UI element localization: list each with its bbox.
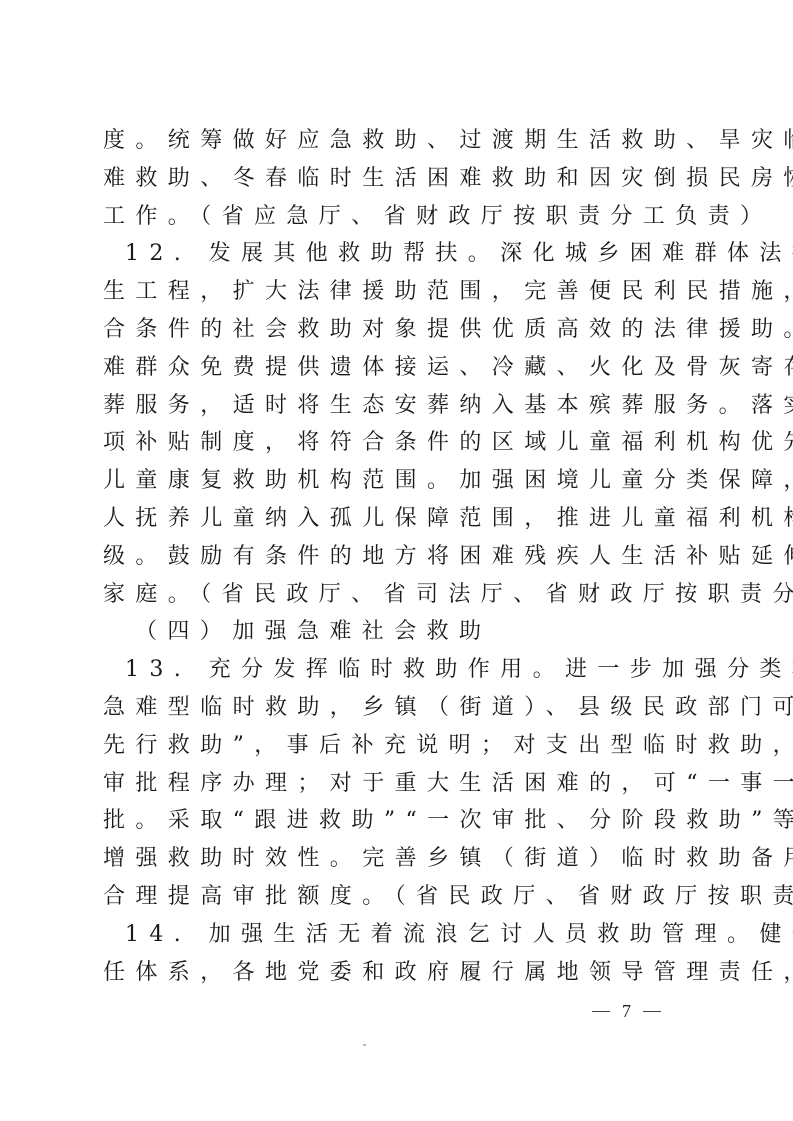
document-page: 度。统筹做好应急救助、过渡期生活救助、旱灾临时生活困 难救助、冬春临时生活困难救… <box>0 0 793 1121</box>
text-line: 家庭。（省民政厅、省司法厅、省财政厅按职责分工负责） <box>103 576 703 614</box>
paragraph-13-start: 13. 充分发挥临时救助作用。进一步加强分类救助。对 <box>103 651 703 689</box>
paragraph-14-start: 14. 加强生活无着流浪乞讨人员救助管理。健全工作责 <box>103 916 703 954</box>
text-line: 批。采取“跟进救助”“一次审批、分阶段救助”等方式， <box>103 802 703 840</box>
text-line: 儿童康复救助机构范围。加强困境儿童分类保障，将事实无 <box>103 462 703 500</box>
page-number-value: 7 <box>622 1001 631 1022</box>
text-line: 人抚养儿童纳入孤儿保障范围，推进儿童福利机构转型升 <box>103 500 703 538</box>
section-heading: （四）加强急难社会救助 <box>103 613 703 651</box>
text-line: 生工程，扩大法律援助范围，完善便民利民措施，依法为符 <box>103 273 703 311</box>
text-line: 先行救助”，事后补充说明；对支出型临时救助，按照审核 <box>103 727 703 765</box>
text-line: 度。统筹做好应急救助、过渡期生活救助、旱灾临时生活困 <box>103 122 703 160</box>
text-line: 审批程序办理；对于重大生活困难的，可“一事一议”审 <box>103 765 703 803</box>
text-line: 项补贴制度，将符合条件的区域儿童福利机构优先纳入残疾 <box>103 424 703 462</box>
text-line: 葬服务，适时将生态安葬纳入基本殡葬服务。落实残疾人两 <box>103 387 703 425</box>
text-line: 增强救助时效性。完善乡镇（街道）临时救助备用金制度， <box>103 840 703 878</box>
dash-left <box>592 1011 610 1012</box>
text-line: 合理提高审批额度。（省民政厅、省财政厅按职责分工负责） <box>103 878 703 916</box>
text-line: 难群众免费提供遗体接运、冷藏、火化及骨灰寄存等基本殡 <box>103 349 703 387</box>
text-line: 工作。（省应急厅、省财政厅按职责分工负责） <box>103 198 703 236</box>
document-body: 度。统筹做好应急救助、过渡期生活救助、旱灾临时生活困 难救助、冬春临时生活困难救… <box>103 122 703 991</box>
scan-speck <box>363 1044 366 1046</box>
dash-right <box>643 1011 661 1012</box>
text-line: 合条件的社会救助对象提供优质高效的法律援助。为身故困 <box>103 311 703 349</box>
text-line: 任体系，各地党委和政府履行属地领导管理责任，民政部门 <box>103 954 703 992</box>
page-number: 7 <box>592 1001 661 1022</box>
paragraph-12-start: 12. 发展其他救助帮扶。深化城乡困难群体法律援助民 <box>103 235 703 273</box>
text-line: 级。鼓励有条件的地方将困难残疾人生活补贴延伸至低收入 <box>103 538 703 576</box>
text-line: 急难型临时救助，乡镇（街道）、县级民政部门可“小金额 <box>103 689 703 727</box>
text-line: 难救助、冬春临时生活困难救助和因灾倒损民房恢复重建等 <box>103 160 703 198</box>
